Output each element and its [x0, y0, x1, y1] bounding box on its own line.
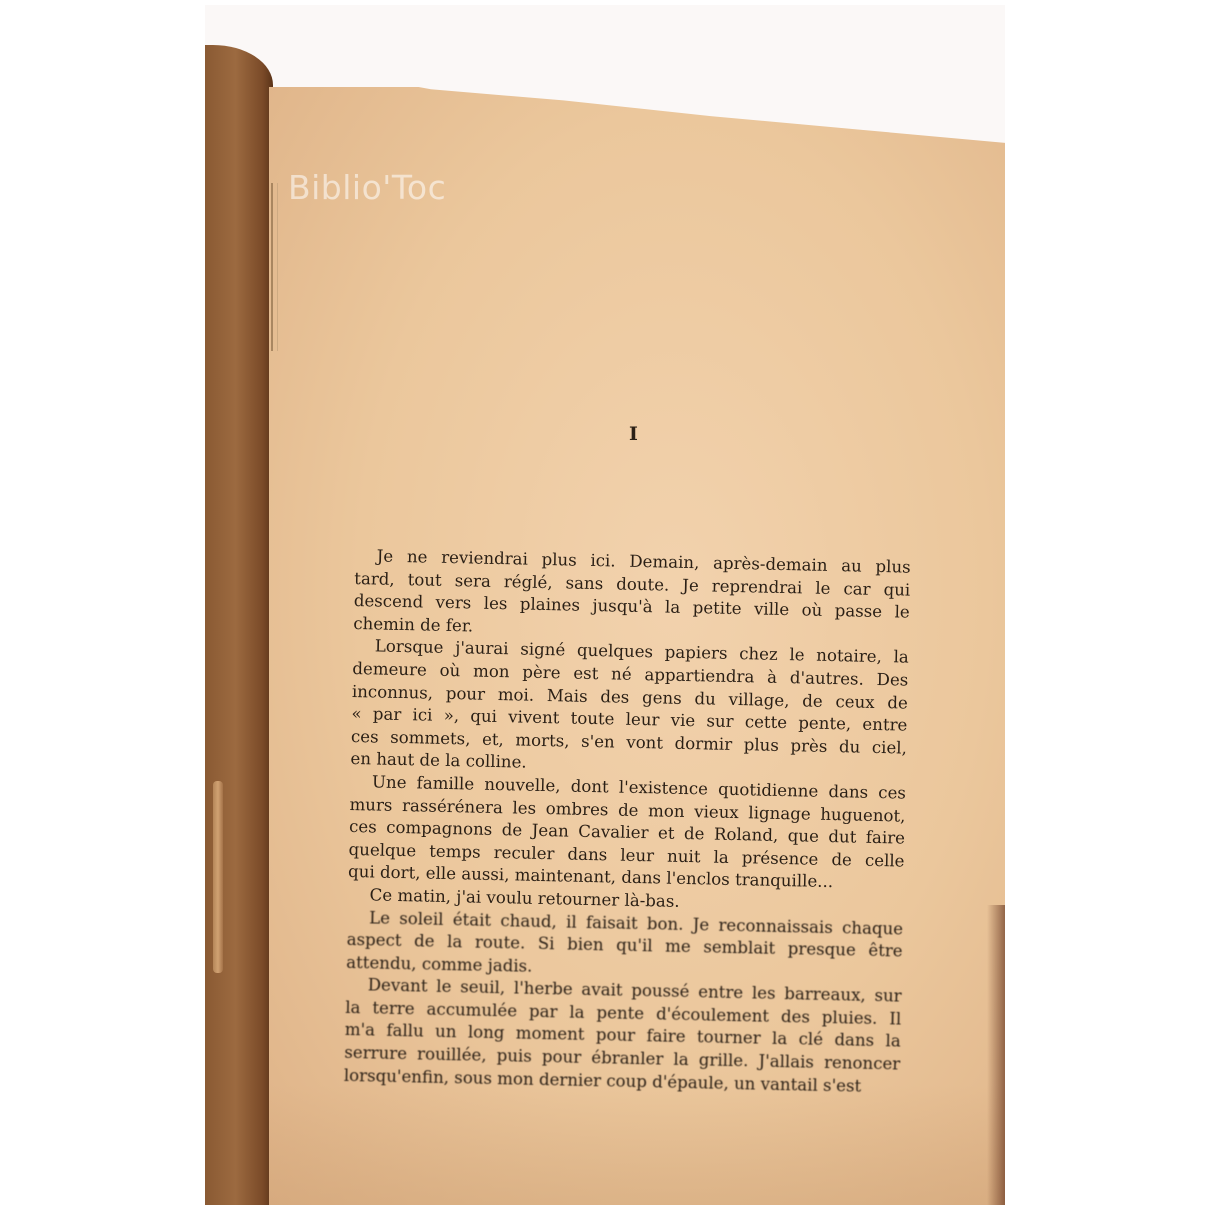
book-photo: Biblio'Toc I Je ne reviendrai plus ici. …	[205, 5, 1005, 1205]
chapter-number: I	[629, 423, 638, 445]
paragraph: Devant le seuil, l'herbe avait poussé en…	[344, 974, 902, 1099]
page-body-text: Je ne reviendrai plus ici. Demain, après…	[344, 545, 911, 1099]
book-spine	[205, 45, 273, 1205]
paragraph: Une famille nouvelle, dont l'existence q…	[348, 771, 906, 896]
watermark: Biblio'Toc	[288, 168, 446, 207]
paragraph: Je ne reviendrai plus ici. Demain, après…	[353, 545, 911, 647]
paragraph: Lorsque j'aurai signé quelques papiers c…	[350, 635, 909, 782]
page-edge-shadow	[987, 905, 1005, 1205]
page-shading	[269, 1085, 1005, 1205]
binding-thread-bottom	[213, 781, 223, 973]
binding-thread-top	[271, 183, 278, 351]
paragraph: Le soleil était chaud, il faisait bon. J…	[346, 906, 903, 985]
